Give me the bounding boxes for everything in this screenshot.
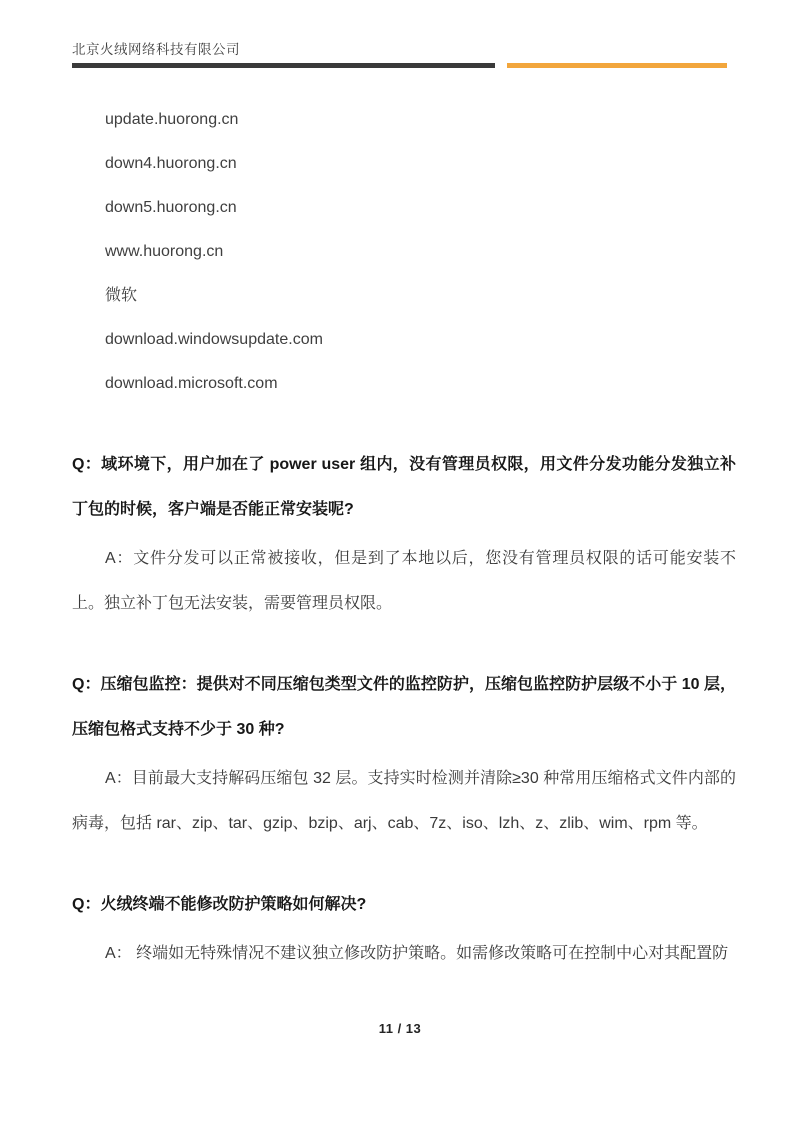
question-paragraph: Q：压缩包监控：提供对不同压缩包类型文件的监控防护，压缩包监控防护层级不小于 1… xyxy=(72,662,736,752)
question-paragraph: Q：火绒终端不能修改防护策略如何解决? xyxy=(72,882,736,927)
header-rule-orange xyxy=(507,63,727,68)
question-paragraph: Q：域环境下，用户加在了 power user 组内，没有管理员权限，用文件分发… xyxy=(72,442,736,532)
domain-item: down4.huorong.cn xyxy=(72,142,736,186)
document-body: update.huorong.cn down4.huorong.cn down5… xyxy=(72,90,736,976)
header-rule-dark xyxy=(72,63,495,68)
domain-item: download.microsoft.com xyxy=(72,362,736,406)
header-separator xyxy=(72,63,728,68)
domain-item: down5.huorong.cn xyxy=(72,186,736,230)
domain-item: www.huorong.cn xyxy=(72,230,736,274)
domain-list: update.huorong.cn down4.huorong.cn down5… xyxy=(72,98,736,406)
answer-paragraph: A：文件分发可以正常被接收，但是到了本地以后，您没有管理员权限的话可能安装不上。… xyxy=(72,536,736,626)
company-name: 北京火绒网络科技有限公司 xyxy=(72,41,240,58)
domain-item: update.huorong.cn xyxy=(72,98,736,142)
header-rule-gap xyxy=(495,63,507,68)
document-page: 北京火绒网络科技有限公司 update.huorong.cn down4.huo… xyxy=(0,0,800,1132)
answer-paragraph: A：目前最大支持解码压缩包 32 层。支持实时检测并清除≥30 种常用压缩格式文… xyxy=(72,756,736,846)
domain-item-vendor-label: 微软 xyxy=(72,274,736,318)
answer-paragraph: A： 终端如无特殊情况不建议独立修改防护策略。如需修改策略可在控制中心对其配置防 xyxy=(72,931,736,976)
domain-item: download.windowsupdate.com xyxy=(72,318,736,362)
page-number: 11 / 13 xyxy=(0,1021,800,1036)
